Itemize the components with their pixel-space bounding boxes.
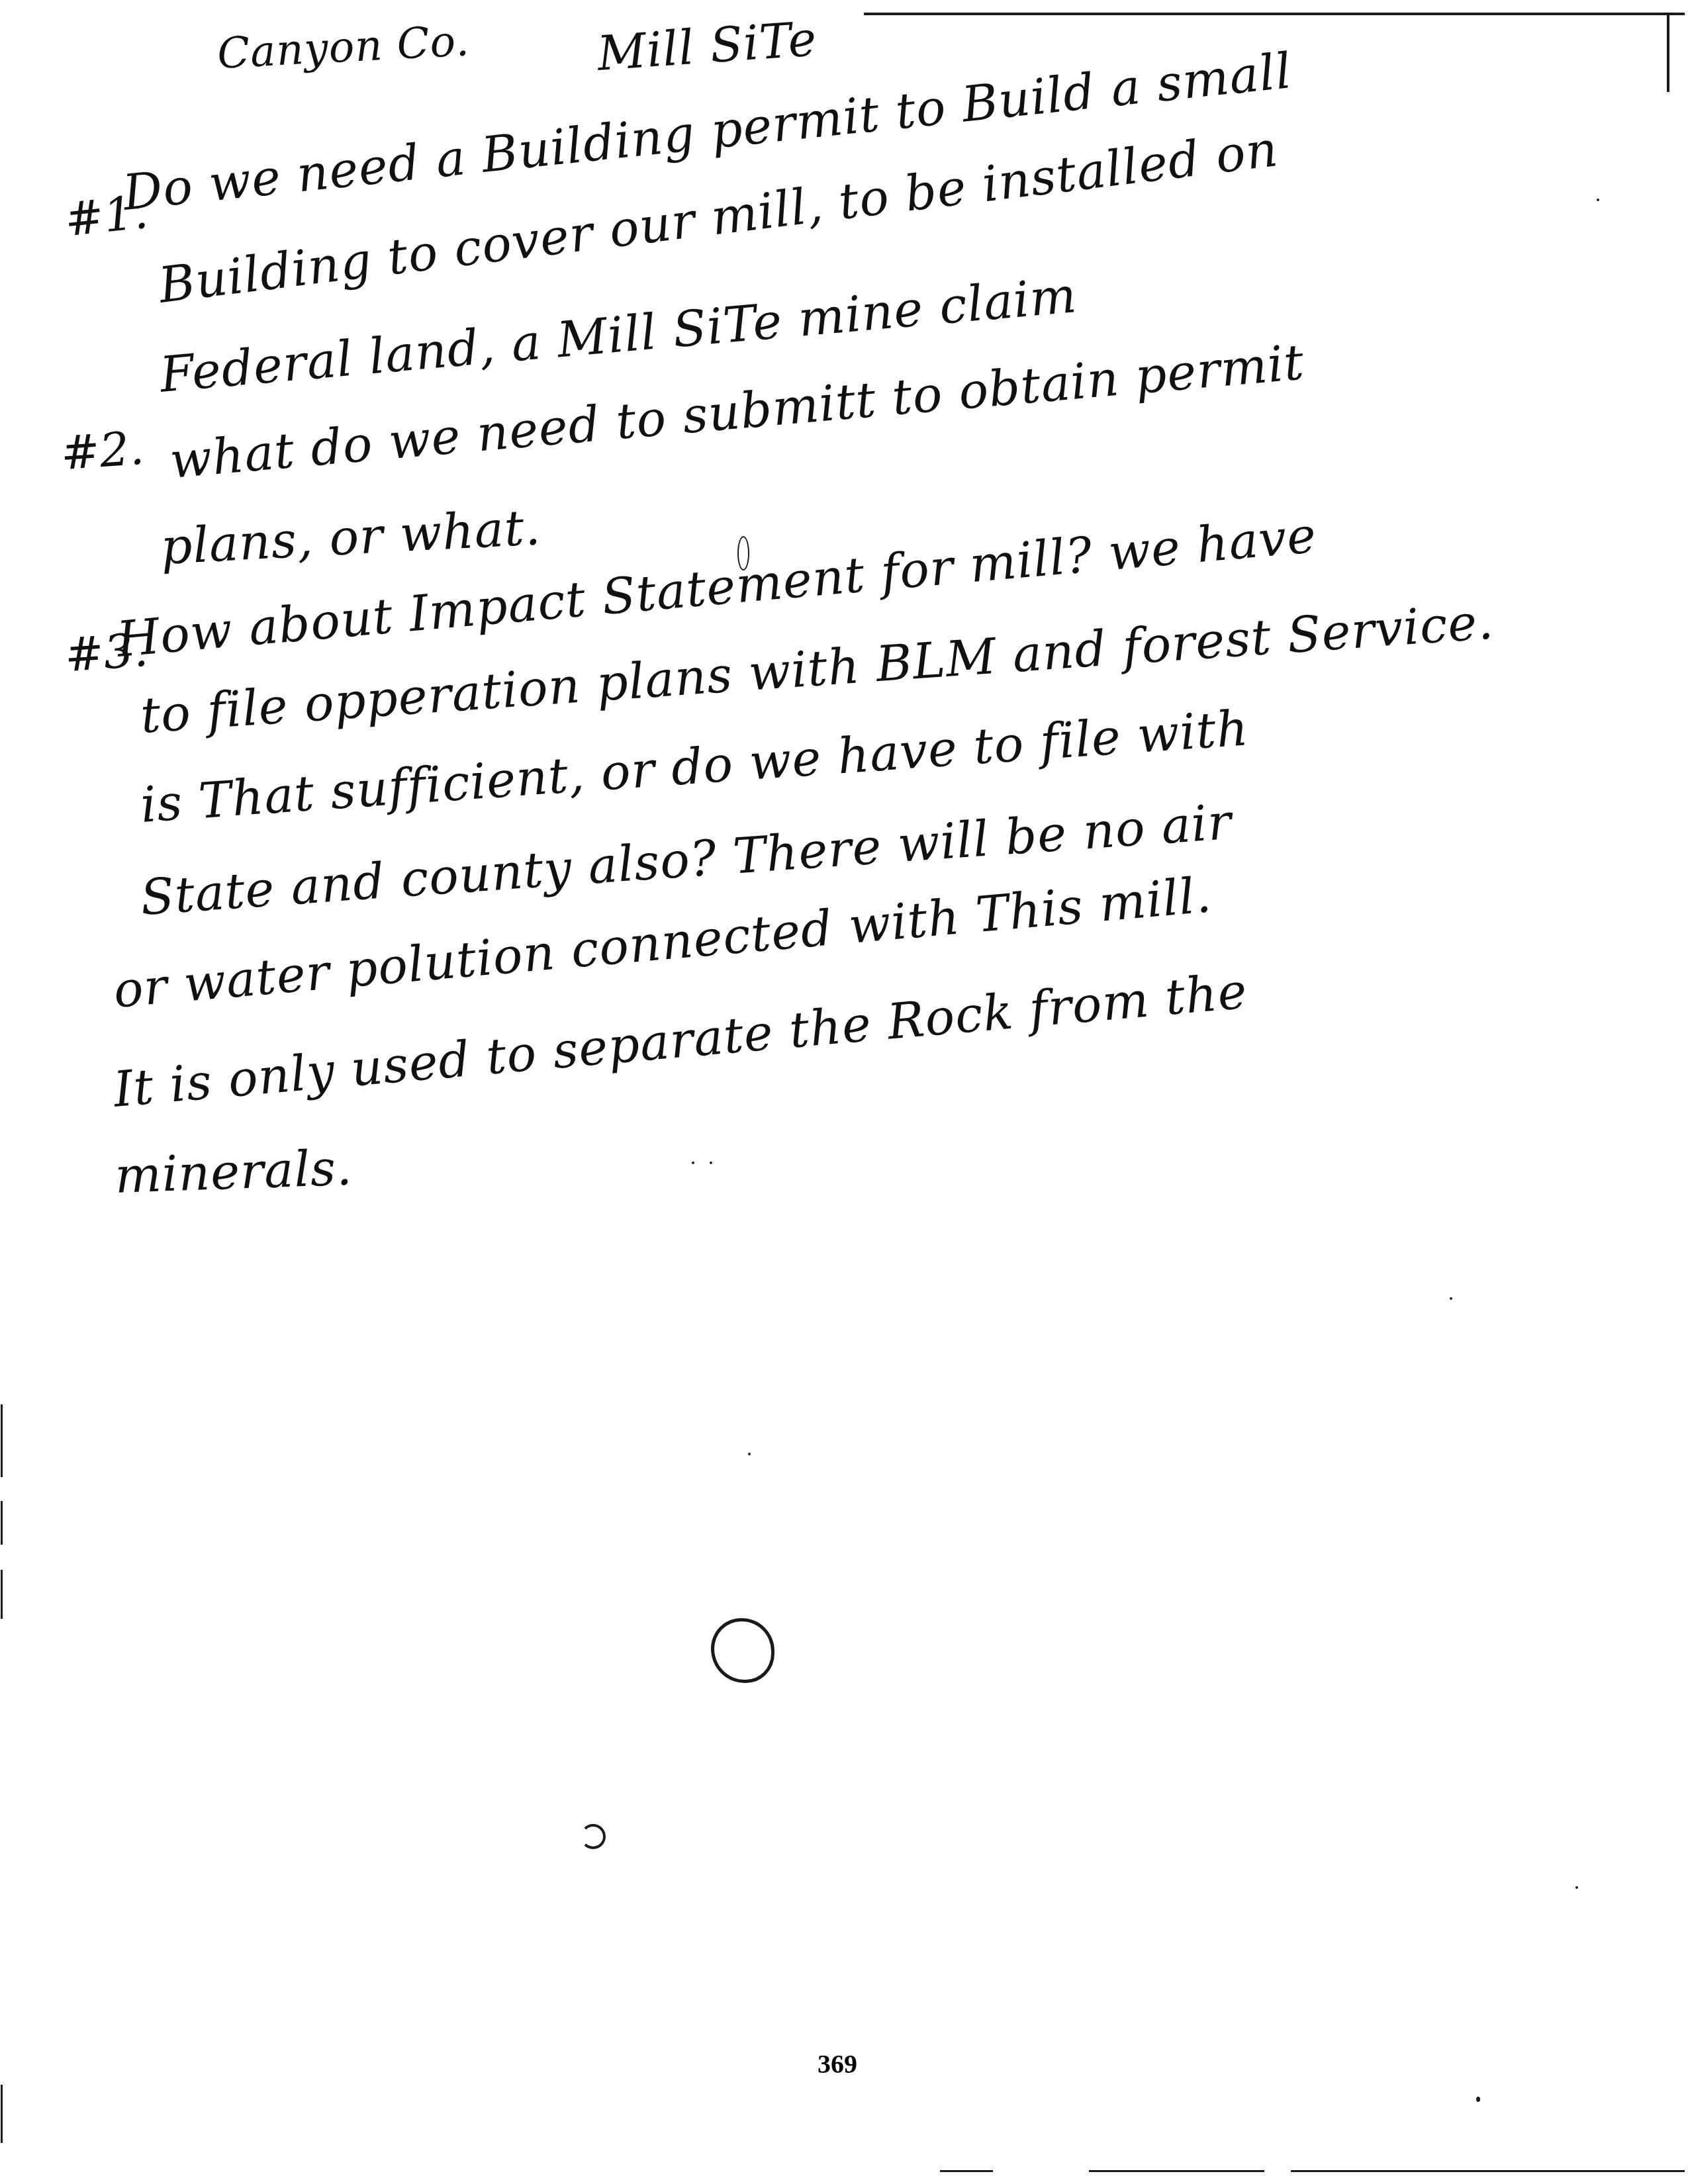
header-company: Canyon Co. [216,20,471,75]
page-number: 369 [818,2048,857,2079]
stray-oval-mark [737,536,749,570]
stray-circle-mark [711,1618,774,1683]
stray-dot [1575,1886,1578,1889]
stray-dot [1597,199,1599,201]
scan-bottom-line [1089,2170,1264,2172]
item-2-line-2: plans, or what. [160,503,542,572]
item-number: #2. [59,421,146,481]
stray-dot [1476,2097,1480,2102]
scan-edge-mark [1,2085,3,2143]
scan-bottom-line [1291,2170,1685,2172]
item-3-line-7: minerals. [114,1144,353,1201]
scan-edge-mark [1,1570,3,1619]
stray-dot [1450,1297,1452,1300]
scan-edge-mark [1,1501,3,1545]
scan-border-right [1667,13,1669,92]
header-title: Mill SiTe [596,15,818,77]
scan-edge-mark [1,1404,3,1477]
scan-bottom-line [940,2170,993,2172]
scan-border-top [864,13,1685,15]
stray-dot [710,1161,712,1164]
stray-small-circle-mark [581,1824,606,1849]
stray-dot [748,1453,751,1455]
stray-dot [692,1161,694,1164]
scanned-page: Canyon Co. Mill SiTe #1. Do we need a Bu… [0,0,1688,2184]
